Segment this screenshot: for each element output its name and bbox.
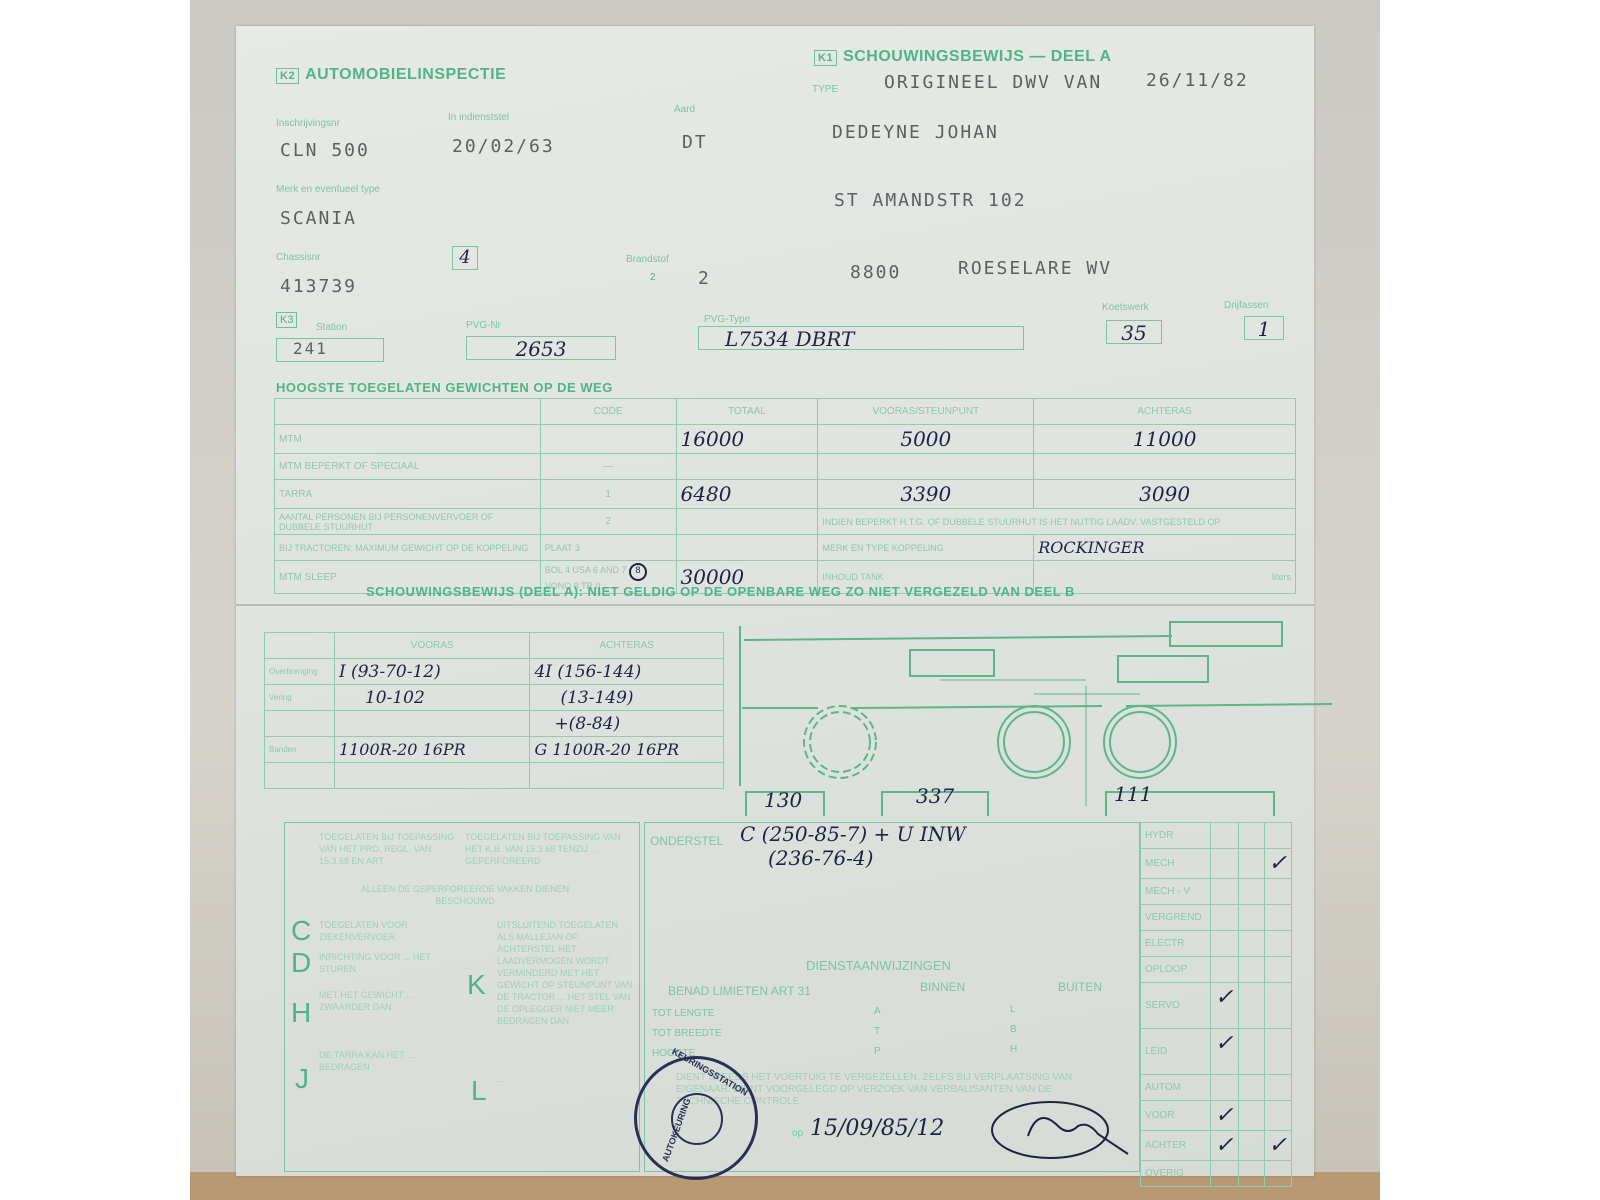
signature [988,1096,1138,1176]
brake-check [1238,1029,1264,1075]
code-letter-c: C [291,915,311,947]
koetswerk-label: Koetswerk [1102,302,1149,313]
vehicle-kind: DT [682,132,708,153]
registration-number: CLN 500 [280,140,370,161]
table-row: +(8-84) [265,711,724,737]
brake-check [1211,1161,1238,1187]
brake-row: ACHTER✓✓ [1141,1131,1292,1161]
weights-table: CODE TOTAAL VOORAS/STEUNPUNT ACHTERAS MT… [274,398,1296,594]
row-label: MTM [275,425,541,454]
lbh-h: H [1010,1044,1017,1055]
brake-check [1264,823,1291,849]
brake-check [1264,983,1291,1029]
field-label: In indienststel [448,112,509,123]
header-left-title: K2AUTOMOBIELINSPECTIE [276,66,506,84]
brake-check [1211,823,1238,849]
owner-city: ROESELARE WV [958,258,1112,279]
col-header [275,399,541,425]
brake-check [1264,1029,1291,1075]
inspection-certificate: K2AUTOMOBIELINSPECTIE Inschrijvingsnr CL… [236,26,1314,1176]
code-letter-l: L [471,1075,487,1107]
station-value: 241 [276,338,384,362]
brake-label: MECH [1141,849,1211,879]
table-row: BIJ TRACTOREN: MAXIMUM GEWICHT OP DE KOP… [275,535,1296,561]
brake-row: VERGREND [1141,905,1292,931]
vooras-cell [334,763,530,789]
brake-check [1238,1161,1264,1187]
brake-check-mark: ✓ [1211,983,1238,1029]
brake-label: LEID [1141,1029,1211,1075]
code-bol: BOL 4 [545,565,570,575]
brake-check [1264,1101,1291,1131]
brake-label: AUTOM [1141,1075,1211,1101]
dienstaanwijzingen-title: DIENSTAANWIJZINGEN [806,958,951,973]
row-label: Overbrenging [265,659,335,685]
fuel-label: Brandstof [626,254,669,265]
nuttig-laadvermogen-note: INDIEN BEPERKT H.T.G. OF DUBBELE STUURHU… [818,509,1296,535]
brake-label: SERVO [1141,983,1211,1029]
binnen-label: BINNEN [920,980,965,994]
field-label: Aard [674,104,695,115]
brake-row: SERVO✓ [1141,983,1292,1029]
onderstel-label: ONDERSTEL [650,834,723,848]
inspection-date: 15/09/85/12 [810,1116,944,1141]
code-letter-d: D [291,947,311,979]
title-schouwingsbewijs: SCHOUWINGSBEWIJS — DEEL A [843,48,1112,65]
pvg-type-value: L7534 DBRT [698,326,1024,350]
title-automobielinspectie: AUTOMOBIELINSPECTIE [305,66,506,83]
code-letter-j: J [295,1063,309,1095]
row-label: TARRA [275,480,541,509]
brake-row: MECH✓ [1141,849,1292,879]
vooras-cell: 10-102 [334,685,530,711]
fuel-value: 2 [698,268,711,289]
code-text-l: ... [497,1073,635,1085]
brake-row: LEID✓ [1141,1029,1292,1075]
brake-check [1238,1101,1264,1131]
brake-label: MECH - V [1141,879,1211,905]
brake-row: OPLOOP [1141,957,1292,983]
brake-check [1264,905,1291,931]
achteras-cell: G 1100R-20 16PR [530,737,724,763]
weights-title: HOOGSTE TOEGELATEN GEWICHTEN OP DE WEG [276,380,613,395]
achteras-cell: 4I (156-144) [530,659,724,685]
brake-check [1264,879,1291,905]
row-label [265,711,335,737]
field-label: Chassisnr [276,252,320,263]
brake-check [1264,1075,1291,1101]
first-registration-date: 20/02/63 [452,136,555,157]
k3-badge-wrap: K3 [276,310,303,328]
row-label: Vering [265,685,335,711]
brake-check [1264,1161,1291,1187]
codes-header-a: TOEGELATEN BIJ TOEPASSING VAN HET PRO. R… [319,831,459,867]
code-cell: 1 [540,480,676,509]
vooras-cell [818,454,1034,480]
atp-p: P [874,1046,881,1057]
table-row: Overbrenging I (93-70-12) 4I (156-144) [265,659,724,685]
pvg-type-label: PVG-Type [704,314,750,325]
codes-instruction: ALLEEN DE GEPERFOREERDE VAKKEN DIENEN BE… [345,883,585,907]
lbh-l: L [1010,1004,1016,1015]
type-value: ORIGINEEL DWV VAN [884,72,1102,93]
tot-breedte: TOT BREEDTE [652,1028,722,1039]
col-header-code: CODE [540,399,676,425]
brake-row: VOOR✓ [1141,1101,1292,1131]
type-label: TYPE [812,84,838,95]
koppeling-label: MERK EN TYPE KOPPELING [818,535,1034,561]
table-row [265,763,724,789]
brake-check [1264,957,1291,983]
col-header [265,633,335,659]
brake-row: HYDR [1141,823,1292,849]
brake-row: MECH - V [1141,879,1292,905]
official-stamp: KEURINGSSTATION AUTOKEURING [634,1056,758,1180]
buiten-label: BUITEN [1058,980,1102,994]
col-header-vooras: VOORAS [334,633,530,659]
code-text-h: MET HET GEWICHT ... ZWAARDER DAN [319,989,459,1013]
onderstel-line2: (236-76-4) [768,846,873,870]
brake-check [1238,905,1264,931]
brake-check-mark: ✓ [1211,1101,1238,1131]
code-cell [540,425,676,454]
dimension-front-overhang: 130 [764,788,802,812]
code-and: AND 7 [600,565,627,575]
brake-check [1238,983,1264,1029]
brake-check-mark: ✓ [1211,1029,1238,1075]
brakes-table: HYDR MECH✓ MECH - V VERGREND ELECTR OPLO… [1140,822,1292,1187]
vehicle-axle-diagram [732,616,1336,816]
owner-street: ST AMANDSTR 102 [834,190,1027,211]
op-label: op [792,1128,803,1139]
code-cell: — [540,454,676,480]
pvg-nr-value: 2653 [466,336,616,360]
totaal-cell: 16000 [676,425,818,454]
brake-check [1238,957,1264,983]
paper-fold [236,604,1314,606]
field-label: Merk en eventueel type [276,184,380,195]
codes-header-b: TOEGELATEN BIJ TOEPASSING VAN HET K.B. V… [465,831,635,867]
vooras-cell [334,711,530,737]
brake-check-mark: ✓ [1264,849,1291,879]
dimension-rear-overhang: 111 [1114,782,1152,806]
brake-check [1238,1075,1264,1101]
col-header-totaal: TOTAAL [676,399,818,425]
make-value: SCANIA [280,208,357,229]
row-label: BIJ TRACTOREN: MAXIMUM GEWICHT OP DE KOP… [275,535,541,561]
achteras-cell: 3090 [1034,480,1296,509]
code-letter-h: H [291,997,311,1029]
vooras-cell: 1100R-20 16PR [334,737,530,763]
dimension-wheelbase: 337 [916,784,954,808]
brake-check [1211,905,1238,931]
brake-check [1211,1075,1238,1101]
table-row: Banden 1100R-20 16PR G 1100R-20 16PR [265,737,724,763]
brake-check [1238,931,1264,957]
deel-a-warning: SCHOUWINGSBEWIJS (DEEL A): NIET GELDIG O… [366,584,1075,599]
brake-label: ELECTR [1141,931,1211,957]
koetswerk-value: 35 [1106,320,1162,344]
achteras-cell: 11000 [1034,425,1296,454]
axles-table: VOORAS ACHTERAS Overbrenging I (93-70-12… [264,632,724,789]
col-header-achteras: ACHTERAS [1034,399,1296,425]
category-box: 4 [452,246,478,270]
table-row: MTM 16000 5000 11000 [275,425,1296,454]
brake-check [1211,849,1238,879]
header-right-title: K1SCHOUWINGSBEWIJS — DEEL A [814,48,1112,66]
brake-check-mark: ✓ [1211,1131,1238,1161]
achteras-cell [530,763,724,789]
lbh-b: B [1010,1024,1017,1035]
drijfassen-label: Drijfassen [1224,300,1268,311]
row-label: AANTAL PERSONEN BIJ PERSONENVERVOER OF D… [275,509,541,535]
brake-check [1211,957,1238,983]
row-label: Banden [265,737,335,763]
brake-label: ACHTER [1141,1131,1211,1161]
brake-check-mark: ✓ [1264,1131,1291,1161]
totaal-cell [676,535,818,561]
totaal-cell [676,509,818,535]
benad-label: BENAD LIMIETEN ART 31 [668,984,811,998]
tot-lengte: TOT LENGTE [652,1008,714,1019]
row-label [265,763,335,789]
brake-row: ELECTR [1141,931,1292,957]
vooras-cell: 3390 [818,480,1034,509]
table-row: TARRA 1 6480 3390 3090 [275,480,1296,509]
brake-check [1238,849,1264,879]
k2-badge: K2 [276,68,299,84]
owner-name: DEDEYNE JOHAN [832,122,999,143]
achteras-cell: (13-149) [530,685,724,711]
owner-postcode: 8800 [850,262,901,283]
totaal-cell: 6480 [676,480,818,509]
brake-row: OVERIG [1141,1161,1292,1187]
col-header-achteras: ACHTERAS [530,633,724,659]
fuel-code: 2 [650,272,656,283]
code-cell: PLAAT 3 [540,535,676,561]
axles-header-row: VOORAS ACHTERAS [265,633,724,659]
code-text-j: DE TARRA KAN HET ... BEDRAGEN [319,1049,459,1073]
code-letter-k: K [467,969,486,1001]
k1-badge: K1 [814,50,837,66]
code-text-k: UITSLUITEND TOEGELATEN ALS MALLEJAN OF A… [497,919,635,1027]
table-row: AANTAL PERSONEN BIJ PERSONENVERVOER OF D… [275,509,1296,535]
brake-row: AUTOM [1141,1075,1292,1101]
brake-label: VERGREND [1141,905,1211,931]
atp-t: T [874,1026,880,1037]
brake-check [1264,931,1291,957]
atp-a: A [874,1006,881,1017]
drijfassen-value: 1 [1244,316,1284,340]
type-date: 26/11/82 [1146,70,1249,91]
pvg-nr-label: PVG-Nr [466,320,501,331]
achteras-cell: +(8-84) [530,711,724,737]
brake-check [1238,1131,1264,1161]
station-label: Station [316,322,347,333]
table-row: Vering 10-102 (13-149) [265,685,724,711]
weights-header-row: CODE TOTAAL VOORAS/STEUNPUNT ACHTERAS [275,399,1296,425]
field-label: Inschrijvingsnr [276,118,340,129]
onderstel-line1: C (250-85-7) + U INW [740,822,966,846]
vooras-cell: 5000 [818,425,1034,454]
koppeling-value: ROCKINGER [1034,535,1296,561]
code-text-c: TOEGELATEN VOOR ZIEKENVERVOER [319,919,459,943]
k3-badge: K3 [276,312,297,328]
vooras-cell: I (93-70-12) [334,659,530,685]
table-row: MTM BEPERKT OF SPECIAAL — [275,454,1296,480]
brake-check [1238,823,1264,849]
totaal-cell [676,454,818,480]
circled-code: 8 [629,563,647,581]
chassis-number: 413739 [280,276,357,297]
codes-panel: TOEGELATEN BIJ TOEPASSING VAN HET PRO. R… [284,822,640,1172]
code-text-d: INRICHTING VOOR ... HET STUREN [319,951,459,975]
brake-check [1238,879,1264,905]
brake-check [1211,931,1238,957]
brake-label: HYDR [1141,823,1211,849]
row-label: MTM BEPERKT OF SPECIAAL [275,454,541,480]
brake-label: OVERIG [1141,1161,1211,1187]
achteras-cell [1034,454,1296,480]
brake-label: VOOR [1141,1101,1211,1131]
code-cell: 2 [540,509,676,535]
brake-label: OPLOOP [1141,957,1211,983]
brake-check [1211,879,1238,905]
code-usa: USA 6 [572,565,598,575]
col-header-vooras: VOORAS/STEUNPUNT [818,399,1034,425]
